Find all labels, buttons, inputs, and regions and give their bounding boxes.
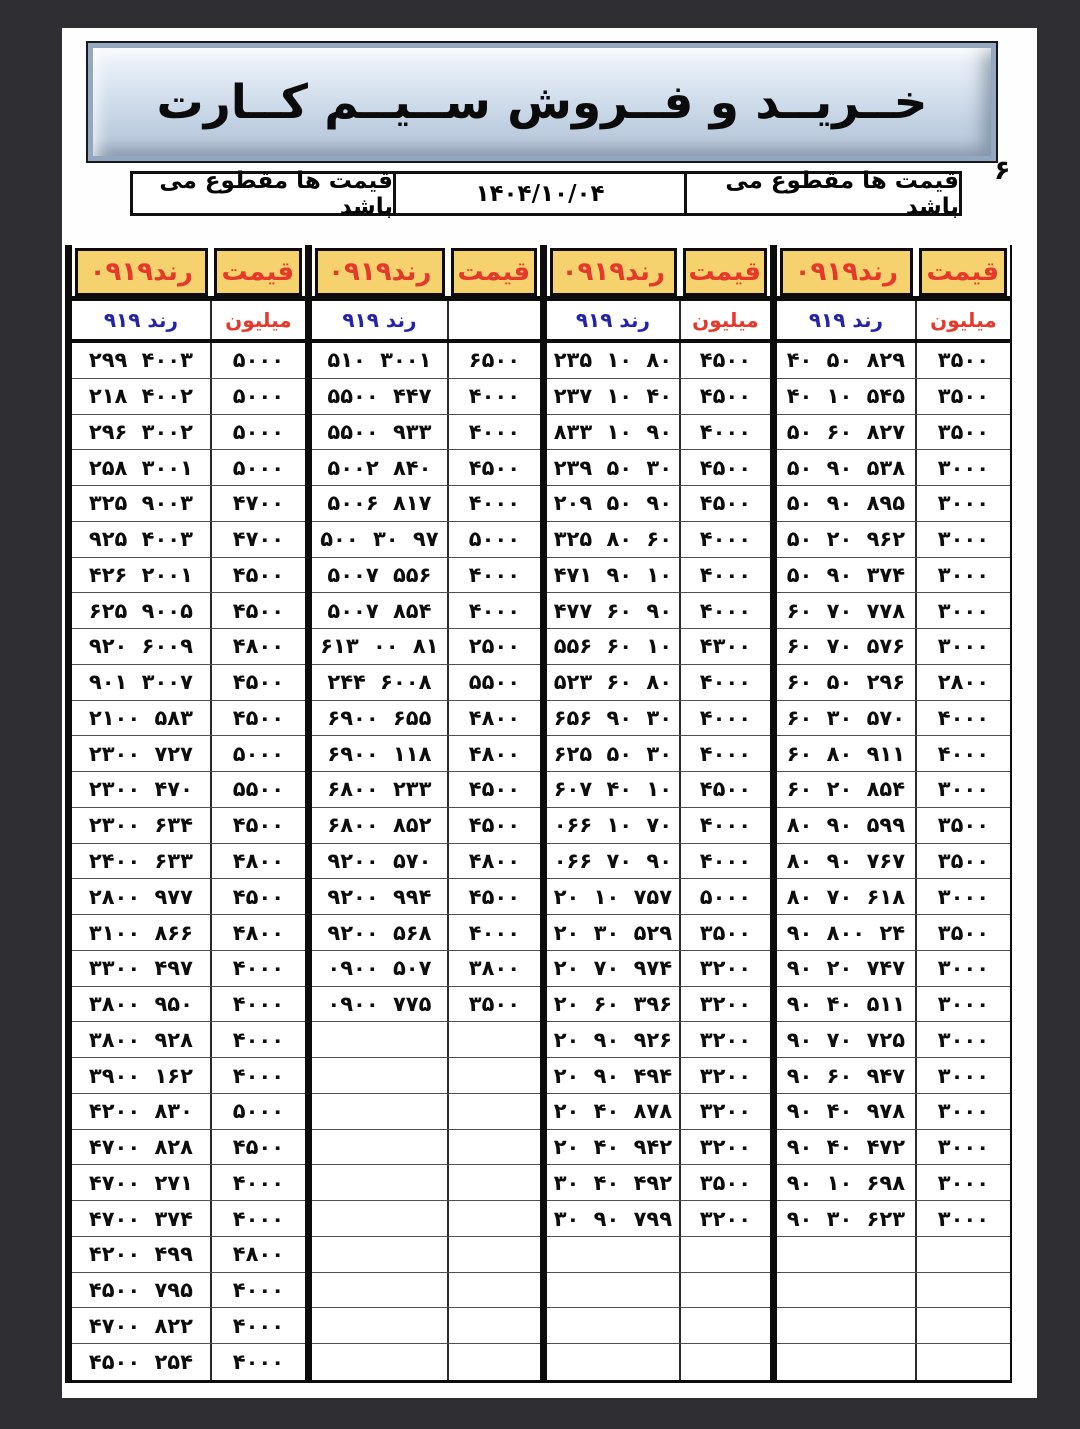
rond-number-cell: ۲۳۵ ۱۰ ۸۰ xyxy=(547,343,681,378)
table-row: ۳۲۵ ۸۰ ۶۰۴۰۰۰ xyxy=(547,522,770,558)
rond-number-cell: ۹۰ ۴۰ ۵۱۱ xyxy=(777,987,917,1022)
price-cell: ۳۵۰۰ xyxy=(681,915,770,950)
price-cell: ۴۰۰۰ xyxy=(212,1308,305,1343)
price-cell: ۴۵۰۰ xyxy=(681,486,770,521)
table-row: ۲۳۰۰ ۷۲۷۵۰۰۰ xyxy=(72,736,305,772)
table-row: ۹۰ ۷۰ ۷۲۵۳۰۰۰ xyxy=(777,1022,1010,1058)
rond-number-cell: ۵۵۰۰ ۴۴۷ xyxy=(312,379,449,414)
table-row: ۲۰ ۹۰ ۴۹۴۳۲۰۰ xyxy=(547,1058,770,1094)
price-cell xyxy=(449,1237,540,1272)
price-cell: ۴۰۰۰ xyxy=(681,558,770,593)
price-cell: ۴۸۰۰ xyxy=(212,844,305,879)
rond-number-cell xyxy=(312,1273,449,1308)
table-row: ۸۳۳ ۱۰ ۹۰۴۰۰۰ xyxy=(547,415,770,451)
table-row: ۴۲۰۰ ۸۳۰۵۰۰۰ xyxy=(72,1094,305,1130)
table-row: ۶۰ ۸۰ ۹۱۱۴۰۰۰ xyxy=(777,736,1010,772)
table-row: ۹۲۰۰ ۵۶۸۴۰۰۰ xyxy=(312,915,540,951)
rond-number-cell xyxy=(312,1165,449,1200)
table-row: ۲۰ ۱۰ ۷۵۷۵۰۰۰ xyxy=(547,879,770,915)
rond-number-cell: ۵۰ ۲۰ ۹۶۲ xyxy=(777,522,917,557)
group-rows: ۲۳۵ ۱۰ ۸۰۴۵۰۰۲۳۷ ۱۰ ۴۰۴۵۰۰۸۳۳ ۱۰ ۹۰۴۰۰۰۲… xyxy=(547,343,770,1380)
rond-number-cell: ۹۲۰۰ ۹۹۴ xyxy=(312,879,449,914)
million-subheader: میلیون xyxy=(917,301,1010,339)
table-row: ۴۵۰۰ ۲۵۴۴۰۰۰ xyxy=(72,1344,305,1380)
rond-number-cell: ۲۳۹ ۵۰ ۳۰ xyxy=(547,450,681,485)
price-cell: ۴۸۰۰ xyxy=(449,736,540,771)
rond-number-cell xyxy=(547,1237,681,1272)
table-row: ۶۰۷ ۴۰ ۱۰۴۵۰۰ xyxy=(547,772,770,808)
table-row: ۵۰۰۶ ۸۱۷۴۰۰۰ xyxy=(312,486,540,522)
table-row: ۶۸۰۰ ۲۳۳۴۵۰۰ xyxy=(312,772,540,808)
rond-header: ۰۹۱۹رند xyxy=(780,248,913,296)
price-cell: ۳۰۰۰ xyxy=(917,593,1010,628)
price-cell: ۴۰۰۰ xyxy=(681,415,770,450)
table-row: ۶۰ ۷۰ ۷۷۸۳۰۰۰ xyxy=(777,593,1010,629)
rond-number-cell: ۶۲۵ ۵۰ ۳۰ xyxy=(547,736,681,771)
table-row: ۰۹۰۰ ۵۰۷۳۸۰۰ xyxy=(312,951,540,987)
rond-subheader: ۹۱۹ رند xyxy=(72,301,212,339)
rond-number-cell: ۲۸۰۰ ۹۷۷ xyxy=(72,879,212,914)
table-row: ۵۰ ۶۰ ۸۲۷۳۵۰۰ xyxy=(777,415,1010,451)
price-group: ۰۹۱۹رندقیمت۹۱۹ رند۵۱۰ ۳۰۰۱۶۵۰۰۵۵۰۰ ۴۴۷۴۰… xyxy=(305,245,540,1383)
rond-number-cell: ۹۲۰ ۶۰۰۹ xyxy=(72,629,212,664)
rond-number-cell: ۵۲۳ ۶۰ ۸۰ xyxy=(547,665,681,700)
rond-number-cell: ۵۰۰ ۳۰ ۹۷ xyxy=(312,522,449,557)
price-cell: ۵۰۰۰ xyxy=(212,450,305,485)
table-row: ۲۹۶ ۳۰۰۲۵۰۰۰ xyxy=(72,415,305,451)
price-cell: ۳۰۰۰ xyxy=(917,987,1010,1022)
price-cell: ۴۵۰۰ xyxy=(449,772,540,807)
price-cell: ۳۰۰۰ xyxy=(917,558,1010,593)
rond-header: ۰۹۱۹رند xyxy=(315,248,445,296)
price-cell xyxy=(449,1273,540,1308)
price-cell: ۳۵۰۰ xyxy=(917,343,1010,378)
price-cell: ۳۰۰۰ xyxy=(917,1165,1010,1200)
price-cell: ۴۸۰۰ xyxy=(212,915,305,950)
price-cell: ۴۰۰۰ xyxy=(212,1344,305,1380)
page-title: خــریــد و فــروش ســیــم کــارت xyxy=(157,75,928,130)
info-note-right: قیمت ها مقطوع می باشد xyxy=(687,174,959,213)
price-cell: ۴۰۰۰ xyxy=(681,736,770,771)
price-cell xyxy=(449,1201,540,1236)
rond-number-cell: ۴۷۱ ۹۰ ۱۰ xyxy=(547,558,681,593)
rond-number-cell: ۴۲۰۰ ۴۹۹ xyxy=(72,1237,212,1272)
page-number: ۶ xyxy=(994,155,1010,186)
price-group: ۰۹۱۹رندقیمت۹۱۹ رندمیلیون۲۳۵ ۱۰ ۸۰۴۵۰۰۲۳۷… xyxy=(540,245,770,1383)
table-row: ۹۲۰۰ ۵۷۰۴۸۰۰ xyxy=(312,844,540,880)
table-row xyxy=(312,1237,540,1273)
rond-number-cell: ۸۰ ۹۰ ۵۹۹ xyxy=(777,808,917,843)
price-cell: ۵۵۰۰ xyxy=(449,665,540,700)
table-row: ۳۹۰۰ ۱۶۲۴۰۰۰ xyxy=(72,1058,305,1094)
million-subheader: میلیون xyxy=(681,301,770,339)
rond-number-cell: ۹۲۰۰ ۵۷۰ xyxy=(312,844,449,879)
price-cell: ۳۲۰۰ xyxy=(681,1022,770,1057)
rond-header: ۰۹۱۹رند xyxy=(75,248,208,296)
title-banner: خــریــد و فــروش ســیــم کــارت xyxy=(86,41,998,163)
price-cell: ۴۰۰۰ xyxy=(917,701,1010,736)
rond-number-cell: ۹۰ ۴۰ ۹۷۸ xyxy=(777,1094,917,1129)
table-row: ۵۵۰۰ ۹۳۳۴۰۰۰ xyxy=(312,415,540,451)
table-row: ۲۰ ۴۰ ۸۷۸۳۲۰۰ xyxy=(547,1094,770,1130)
table-row: ۵۰۰۷ ۸۵۴۴۰۰۰ xyxy=(312,593,540,629)
price-cell: ۴۰۰۰ xyxy=(449,379,540,414)
rond-number-cell: ۶۰۷ ۴۰ ۱۰ xyxy=(547,772,681,807)
rond-number-cell: ۴۵۰۰ ۷۹۵ xyxy=(72,1273,212,1308)
price-cell: ۴۰۰۰ xyxy=(449,558,540,593)
rond-number-cell: ۹۲۵ ۴۰۰۳ xyxy=(72,522,212,557)
price-cell: ۳۰۰۰ xyxy=(917,879,1010,914)
table-row: ۲۳۰۰ ۴۷۰۵۵۰۰ xyxy=(72,772,305,808)
price-cell: ۴۷۰۰ xyxy=(212,522,305,557)
million-subheader xyxy=(449,301,540,339)
rond-number-cell xyxy=(312,1201,449,1236)
table-row: ۸۰ ۹۰ ۷۶۷۳۵۰۰ xyxy=(777,844,1010,880)
table-row: ۳۰ ۹۰ ۷۹۹۳۲۰۰ xyxy=(547,1201,770,1237)
table-row: ۴۲۰۰ ۴۹۹۴۸۰۰ xyxy=(72,1237,305,1273)
table-row: ۶۰ ۷۰ ۵۷۶۳۰۰۰ xyxy=(777,629,1010,665)
price-cell: ۳۰۰۰ xyxy=(917,772,1010,807)
rond-number-cell: ۶۰ ۲۰ ۸۵۴ xyxy=(777,772,917,807)
table-row: ۲۰ ۳۰ ۵۲۹۳۵۰۰ xyxy=(547,915,770,951)
price-cell: ۳۸۰۰ xyxy=(449,951,540,986)
table-row xyxy=(547,1308,770,1344)
price-cell: ۲۸۰۰ xyxy=(917,665,1010,700)
rond-number-cell: ۲۰ ۹۰ ۴۹۴ xyxy=(547,1058,681,1093)
table-row: ۴۷۷ ۶۰ ۹۰۴۰۰۰ xyxy=(547,593,770,629)
table-row: ۴۷۰۰ ۲۷۱۴۰۰۰ xyxy=(72,1165,305,1201)
price-cell: ۳۰۰۰ xyxy=(917,522,1010,557)
rond-number-cell xyxy=(777,1344,917,1380)
rond-number-cell: ۵۱۰ ۳۰۰۱ xyxy=(312,343,449,378)
table-row: ۳۰ ۴۰ ۴۹۲۳۵۰۰ xyxy=(547,1165,770,1201)
price-cell: ۳۰۰۰ xyxy=(917,450,1010,485)
price-cell: ۴۰۰۰ xyxy=(681,844,770,879)
rond-number-cell: ۵۰ ۹۰ ۵۳۸ xyxy=(777,450,917,485)
price-cell xyxy=(681,1237,770,1272)
table-row: ۶۰ ۵۰ ۲۹۶۲۸۰۰ xyxy=(777,665,1010,701)
rond-number-cell: ۴۰ ۵۰ ۸۲۹ xyxy=(777,343,917,378)
rond-number-cell: ۰۹۰۰ ۵۰۷ xyxy=(312,951,449,986)
price-cell: ۶۵۰۰ xyxy=(449,343,540,378)
price-cell: ۴۵۰۰ xyxy=(212,808,305,843)
price-cell: ۴۰۰۰ xyxy=(212,1058,305,1093)
rond-number-cell xyxy=(777,1308,917,1343)
rond-number-cell: ۶۹۰۰ ۶۵۵ xyxy=(312,701,449,736)
price-cell: ۳۰۰۰ xyxy=(917,1058,1010,1093)
group-subheader-row: ۹۱۹ رندمیلیون xyxy=(547,301,770,343)
table-row xyxy=(312,1058,540,1094)
table-row: ۵۲۳ ۶۰ ۸۰۴۰۰۰ xyxy=(547,665,770,701)
table-row: ۹۰۱ ۳۰۰۷۴۵۰۰ xyxy=(72,665,305,701)
rond-number-cell: ۳۱۰۰ ۸۶۶ xyxy=(72,915,212,950)
price-cell: ۴۸۰۰ xyxy=(449,701,540,736)
price-cell: ۴۰۰۰ xyxy=(212,987,305,1022)
rond-number-cell: ۴۷۷ ۶۰ ۹۰ xyxy=(547,593,681,628)
table-row: ۲۸۰۰ ۹۷۷۴۵۰۰ xyxy=(72,879,305,915)
price-cell: ۴۰۰۰ xyxy=(212,1165,305,1200)
table-row: ۵۰۰۲ ۸۴۰۴۵۰۰ xyxy=(312,450,540,486)
price-cell: ۵۰۰۰ xyxy=(212,415,305,450)
price-cell: ۳۰۰۰ xyxy=(917,1201,1010,1236)
price-cell xyxy=(449,1165,540,1200)
price-cell: ۴۵۰۰ xyxy=(449,450,540,485)
price-cell: ۳۲۰۰ xyxy=(681,1058,770,1093)
table-row xyxy=(312,1165,540,1201)
table-row: ۲۴۰۰ ۶۳۳۴۸۰۰ xyxy=(72,844,305,880)
price-cell: ۴۰۰۰ xyxy=(449,415,540,450)
price-cell: ۴۵۰۰ xyxy=(449,808,540,843)
table-row: ۲۰ ۴۰ ۹۴۲۳۲۰۰ xyxy=(547,1130,770,1166)
price-cell xyxy=(449,1022,540,1057)
rond-header: ۰۹۱۹رند xyxy=(550,248,677,296)
table-row xyxy=(312,1201,540,1237)
rond-number-cell: ۹۰ ۲۰ ۷۴۷ xyxy=(777,951,917,986)
app-background: خــریــد و فــروش ســیــم کــارت ۶ قیمت … xyxy=(0,0,1080,1429)
table-row: ۵۰۰۷ ۵۵۶۴۰۰۰ xyxy=(312,558,540,594)
rond-number-cell: ۹۰ ۳۰ ۶۲۳ xyxy=(777,1201,917,1236)
price-cell xyxy=(681,1308,770,1343)
table-row: ۲۰ ۷۰ ۹۷۴۳۲۰۰ xyxy=(547,951,770,987)
price-group: ۰۹۱۹رندقیمت۹۱۹ رندمیلیون۴۰ ۵۰ ۸۲۹۳۵۰۰۴۰ … xyxy=(770,245,1012,1383)
group-header-row: ۰۹۱۹رندقیمت xyxy=(312,245,540,301)
page: خــریــد و فــروش ســیــم کــارت ۶ قیمت … xyxy=(62,28,1037,1398)
rond-number-cell: ۲۳۷ ۱۰ ۴۰ xyxy=(547,379,681,414)
table-row: ۰۶۶ ۷۰ ۹۰۴۰۰۰ xyxy=(547,844,770,880)
rond-number-cell xyxy=(312,1308,449,1343)
group-rows: ۴۰ ۵۰ ۸۲۹۳۵۰۰۴۰ ۱۰ ۵۴۵۳۵۰۰۵۰ ۶۰ ۸۲۷۳۵۰۰۵… xyxy=(777,343,1010,1380)
rond-number-cell: ۲۰۹ ۵۰ ۹۰ xyxy=(547,486,681,521)
table-row: ۴۵۰۰ ۷۹۵۴۰۰۰ xyxy=(72,1273,305,1309)
group-rows: ۲۹۹ ۴۰۰۳۵۰۰۰۲۱۸ ۴۰۰۲۵۰۰۰۲۹۶ ۳۰۰۲۵۰۰۰۲۵۸ … xyxy=(72,343,305,1380)
price-cell xyxy=(917,1237,1010,1272)
rond-number-cell: ۸۰ ۷۰ ۶۱۸ xyxy=(777,879,917,914)
price-cell: ۴۵۰۰ xyxy=(212,558,305,593)
rond-number-cell: ۲۰ ۳۰ ۵۲۹ xyxy=(547,915,681,950)
rond-number-cell xyxy=(547,1344,681,1380)
rond-number-cell: ۲۹۶ ۳۰۰۲ xyxy=(72,415,212,450)
table-row: ۵۰ ۹۰ ۸۹۵۳۰۰۰ xyxy=(777,486,1010,522)
table-row: ۴۲۶ ۲۰۰۱۴۵۰۰ xyxy=(72,558,305,594)
price-cell xyxy=(449,1344,540,1380)
table-row: ۴۷۱ ۹۰ ۱۰۴۰۰۰ xyxy=(547,558,770,594)
group-subheader-row: ۹۱۹ رندمیلیون xyxy=(72,301,305,343)
rond-number-cell: ۵۰۰۲ ۸۴۰ xyxy=(312,450,449,485)
table-row: ۹۲۰ ۶۰۰۹۴۸۰۰ xyxy=(72,629,305,665)
rond-number-cell: ۲۰ ۹۰ ۹۲۶ xyxy=(547,1022,681,1057)
rond-number-cell: ۵۰ ۶۰ ۸۲۷ xyxy=(777,415,917,450)
price-cell: ۳۲۰۰ xyxy=(681,1201,770,1236)
price-cell xyxy=(449,1308,540,1343)
rond-number-cell: ۶۹۰۰ ۱۱۸ xyxy=(312,736,449,771)
table-row: ۳۸۰۰ ۹۵۰۴۰۰۰ xyxy=(72,987,305,1023)
rond-number-cell: ۲۴۰۰ ۶۳۳ xyxy=(72,844,212,879)
table-row xyxy=(312,1094,540,1130)
group-subheader-row: ۹۱۹ رند xyxy=(312,301,540,343)
rond-number-cell: ۵۵۶ ۶۰ ۱۰ xyxy=(547,629,681,664)
table-row: ۶۹۰۰ ۶۵۵۴۸۰۰ xyxy=(312,701,540,737)
price-cell: ۲۵۰۰ xyxy=(449,629,540,664)
rond-number-cell: ۵۰۰۷ ۵۵۶ xyxy=(312,558,449,593)
rond-number-cell: ۴۲۰۰ ۸۳۰ xyxy=(72,1094,212,1129)
table-row xyxy=(312,1344,540,1380)
table-row: ۰۶۶ ۱۰ ۷۰۴۰۰۰ xyxy=(547,808,770,844)
price-group: ۰۹۱۹رندقیمت۹۱۹ رندمیلیون۲۹۹ ۴۰۰۳۵۰۰۰۲۱۸ … xyxy=(65,245,305,1383)
price-cell: ۳۵۰۰ xyxy=(449,987,540,1022)
table-row: ۲۹۹ ۴۰۰۳۵۰۰۰ xyxy=(72,343,305,379)
rond-number-cell: ۲۰ ۴۰ ۹۴۲ xyxy=(547,1130,681,1165)
table-row xyxy=(777,1273,1010,1309)
rond-number-cell: ۲۹۹ ۴۰۰۳ xyxy=(72,343,212,378)
table-row xyxy=(547,1344,770,1380)
price-cell: ۳۰۰۰ xyxy=(917,951,1010,986)
price-cell xyxy=(917,1273,1010,1308)
rond-number-cell: ۲۳۰۰ ۴۷۰ xyxy=(72,772,212,807)
table-row xyxy=(312,1130,540,1166)
rond-number-cell: ۳۰ ۹۰ ۷۹۹ xyxy=(547,1201,681,1236)
table-row: ۴۰ ۱۰ ۵۴۵۳۵۰۰ xyxy=(777,379,1010,415)
rond-subheader: ۹۱۹ رند xyxy=(312,301,449,339)
price-cell: ۴۰۰۰ xyxy=(212,1273,305,1308)
price-cell xyxy=(681,1344,770,1380)
table-row: ۹۰ ۲۰ ۷۴۷۳۰۰۰ xyxy=(777,951,1010,987)
rond-number-cell: ۴۵۰۰ ۲۵۴ xyxy=(72,1344,212,1380)
rond-number-cell: ۶۸۰۰ ۸۵۲ xyxy=(312,808,449,843)
price-cell: ۳۲۰۰ xyxy=(681,1130,770,1165)
rond-number-cell: ۲۵۸ ۳۰۰۱ xyxy=(72,450,212,485)
price-cell xyxy=(917,1344,1010,1380)
table-row: ۲۳۵ ۱۰ ۸۰۴۵۰۰ xyxy=(547,343,770,379)
price-cell: ۴۷۰۰ xyxy=(212,486,305,521)
table-row: ۰۹۰۰ ۷۷۵۳۵۰۰ xyxy=(312,987,540,1023)
rond-number-cell: ۶۲۵ ۹۰۰۵ xyxy=(72,593,212,628)
table-row: ۸۰ ۷۰ ۶۱۸۳۰۰۰ xyxy=(777,879,1010,915)
table-row: ۲۳۷ ۱۰ ۴۰۴۵۰۰ xyxy=(547,379,770,415)
table-row: ۵۰ ۹۰ ۳۷۴۳۰۰۰ xyxy=(777,558,1010,594)
rond-number-cell: ۹۰ ۱۰ ۶۹۸ xyxy=(777,1165,917,1200)
rond-number-cell: ۶۰ ۳۰ ۵۷۰ xyxy=(777,701,917,736)
rond-number-cell: ۴۷۰۰ ۸۲۸ xyxy=(72,1130,212,1165)
price-header: قیمت xyxy=(919,248,1007,296)
price-cell: ۴۵۰۰ xyxy=(212,1130,305,1165)
price-cell: ۴۵۰۰ xyxy=(212,701,305,736)
rond-number-cell: ۶۱۳ ۰۰ ۸۱ xyxy=(312,629,449,664)
table-row: ۲۵۸ ۳۰۰۱۵۰۰۰ xyxy=(72,450,305,486)
price-header: قیمت xyxy=(214,248,302,296)
rond-number-cell: ۹۰۱ ۳۰۰۷ xyxy=(72,665,212,700)
rond-number-cell xyxy=(777,1237,917,1272)
rond-number-cell: ۵۰۰۷ ۸۵۴ xyxy=(312,593,449,628)
table-row xyxy=(777,1308,1010,1344)
table-row: ۹۰ ۱۰ ۶۹۸۳۰۰۰ xyxy=(777,1165,1010,1201)
table-row: ۵۵۶ ۶۰ ۱۰۴۳۰۰ xyxy=(547,629,770,665)
price-cell: ۵۰۰۰ xyxy=(212,736,305,771)
table-row: ۳۲۵ ۹۰۰۳۴۷۰۰ xyxy=(72,486,305,522)
price-cell: ۳۵۰۰ xyxy=(917,844,1010,879)
price-cell: ۳۲۰۰ xyxy=(681,987,770,1022)
table-row: ۲۰۹ ۵۰ ۹۰۴۵۰۰ xyxy=(547,486,770,522)
rond-number-cell: ۰۹۰۰ ۷۷۵ xyxy=(312,987,449,1022)
table-row: ۹۰ ۸۰۰ ۲۴۳۵۰۰ xyxy=(777,915,1010,951)
table-row xyxy=(312,1273,540,1309)
price-cell: ۴۰۰۰ xyxy=(212,1022,305,1057)
price-cell: ۴۰۰۰ xyxy=(681,522,770,557)
rond-number-cell: ۹۰ ۴۰ ۴۷۲ xyxy=(777,1130,917,1165)
rond-number-cell: ۳۹۰۰ ۱۶۲ xyxy=(72,1058,212,1093)
table-row: ۶۲۵ ۵۰ ۳۰۴۰۰۰ xyxy=(547,736,770,772)
info-bar: قیمت ها مقطوع می باشد ۱۴۰۴/۱۰/۰۴ قیمت ها… xyxy=(130,171,962,216)
table-row: ۹۰ ۴۰ ۹۷۸۳۰۰۰ xyxy=(777,1094,1010,1130)
price-cell: ۴۵۰۰ xyxy=(681,379,770,414)
rond-number-cell: ۲۱۸ ۴۰۰۲ xyxy=(72,379,212,414)
price-cell: ۴۰۰۰ xyxy=(681,808,770,843)
table-row xyxy=(312,1308,540,1344)
table-row: ۵۰ ۹۰ ۵۳۸۳۰۰۰ xyxy=(777,450,1010,486)
rond-number-cell: ۲۰ ۴۰ ۸۷۸ xyxy=(547,1094,681,1129)
price-cell: ۳۲۰۰ xyxy=(681,1094,770,1129)
rond-number-cell: ۳۰ ۴۰ ۴۹۲ xyxy=(547,1165,681,1200)
rond-number-cell: ۳۸۰۰ ۹۲۸ xyxy=(72,1022,212,1057)
price-cell: ۳۵۰۰ xyxy=(681,1165,770,1200)
price-cell xyxy=(449,1058,540,1093)
table-row xyxy=(777,1237,1010,1273)
group-header-row: ۰۹۱۹رندقیمت xyxy=(777,245,1010,301)
price-cell: ۵۵۰۰ xyxy=(212,772,305,807)
price-cell xyxy=(449,1130,540,1165)
rond-number-cell: ۴۷۰۰ ۳۷۴ xyxy=(72,1201,212,1236)
rond-number-cell: ۶۵۶ ۹۰ ۳۰ xyxy=(547,701,681,736)
rond-number-cell: ۲۰ ۱۰ ۷۵۷ xyxy=(547,879,681,914)
table-row xyxy=(777,1344,1010,1380)
price-table: ۰۹۱۹رندقیمت۹۱۹ رندمیلیون۴۰ ۵۰ ۸۲۹۳۵۰۰۴۰ … xyxy=(65,245,1012,1383)
rond-number-cell: ۵۰ ۹۰ ۳۷۴ xyxy=(777,558,917,593)
table-row: ۹۰ ۶۰ ۹۴۷۳۰۰۰ xyxy=(777,1058,1010,1094)
price-header: قیمت xyxy=(451,248,537,296)
rond-number-cell: ۶۰ ۸۰ ۹۱۱ xyxy=(777,736,917,771)
price-cell: ۴۰۰۰ xyxy=(449,593,540,628)
table-row: ۹۲۰۰ ۹۹۴۴۵۰۰ xyxy=(312,879,540,915)
rond-number-cell: ۲۳۰۰ ۷۲۷ xyxy=(72,736,212,771)
rond-number-cell: ۹۰ ۸۰۰ ۲۴ xyxy=(777,915,917,950)
price-cell: ۳۰۰۰ xyxy=(917,629,1010,664)
rond-number-cell xyxy=(777,1273,917,1308)
table-row: ۹۰ ۴۰ ۴۷۲۳۰۰۰ xyxy=(777,1130,1010,1166)
price-cell: ۴۵۰۰ xyxy=(212,879,305,914)
rond-number-cell: ۴۷۰۰ ۸۲۲ xyxy=(72,1308,212,1343)
table-row xyxy=(547,1237,770,1273)
group-rows: ۵۱۰ ۳۰۰۱۶۵۰۰۵۵۰۰ ۴۴۷۴۰۰۰۵۵۰۰ ۹۳۳۴۰۰۰۵۰۰۲… xyxy=(312,343,540,1380)
price-cell: ۳۵۰۰ xyxy=(917,379,1010,414)
rond-number-cell xyxy=(312,1094,449,1129)
rond-number-cell: ۸۳۳ ۱۰ ۹۰ xyxy=(547,415,681,450)
rond-number-cell: ۵۵۰۰ ۹۳۳ xyxy=(312,415,449,450)
price-cell: ۴۵۰۰ xyxy=(212,665,305,700)
million-subheader: میلیون xyxy=(212,301,305,339)
price-cell: ۵۰۰۰ xyxy=(681,879,770,914)
rond-number-cell: ۲۱۰۰ ۵۸۳ xyxy=(72,701,212,736)
rond-number-cell: ۳۲۵ ۸۰ ۶۰ xyxy=(547,522,681,557)
price-cell: ۴۰۰۰ xyxy=(449,486,540,521)
table-row xyxy=(312,1022,540,1058)
table-row: ۴۷۰۰ ۸۲۸۴۵۰۰ xyxy=(72,1130,305,1166)
table-row: ۲۰ ۶۰ ۳۹۶۳۲۰۰ xyxy=(547,987,770,1023)
rond-number-cell xyxy=(547,1273,681,1308)
price-cell: ۵۰۰۰ xyxy=(212,343,305,378)
price-cell: ۴۸۰۰ xyxy=(449,844,540,879)
rond-number-cell xyxy=(312,1022,449,1057)
rond-number-cell: ۹۰ ۶۰ ۹۴۷ xyxy=(777,1058,917,1093)
price-cell: ۴۰۰۰ xyxy=(917,736,1010,771)
